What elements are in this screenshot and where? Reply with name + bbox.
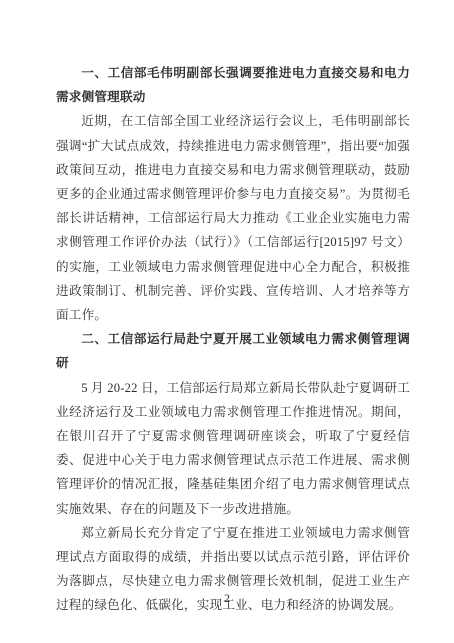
section-2-paragraph-1: 5 月 20-22 日，工信部运行局郑立新局长带队赴宁夏调研工业经济运行及工业领…	[56, 376, 410, 521]
document-page: 一、工信部毛伟明副部长强调要推进电力直接交易和电力需求侧管理联动 近期，在工信部…	[0, 0, 454, 643]
section-1-heading: 一、工信部毛伟明副部长强调要推进电力直接交易和电力需求侧管理联动	[56, 61, 410, 109]
page-number: 2	[224, 591, 230, 605]
document-content: 一、工信部毛伟明副部长强调要推进电力直接交易和电力需求侧管理联动 近期，在工信部…	[56, 61, 410, 618]
section-1-paragraph-1: 近期，在工信部全国工业经济运行会议上，毛伟明副部长强调“扩大试点成效，持续推进电…	[56, 109, 410, 327]
page-footer: 2	[0, 591, 454, 605]
section-2-heading: 二、工信部运行局赴宁夏开展工业领域电力需求侧管理调研	[56, 327, 410, 375]
